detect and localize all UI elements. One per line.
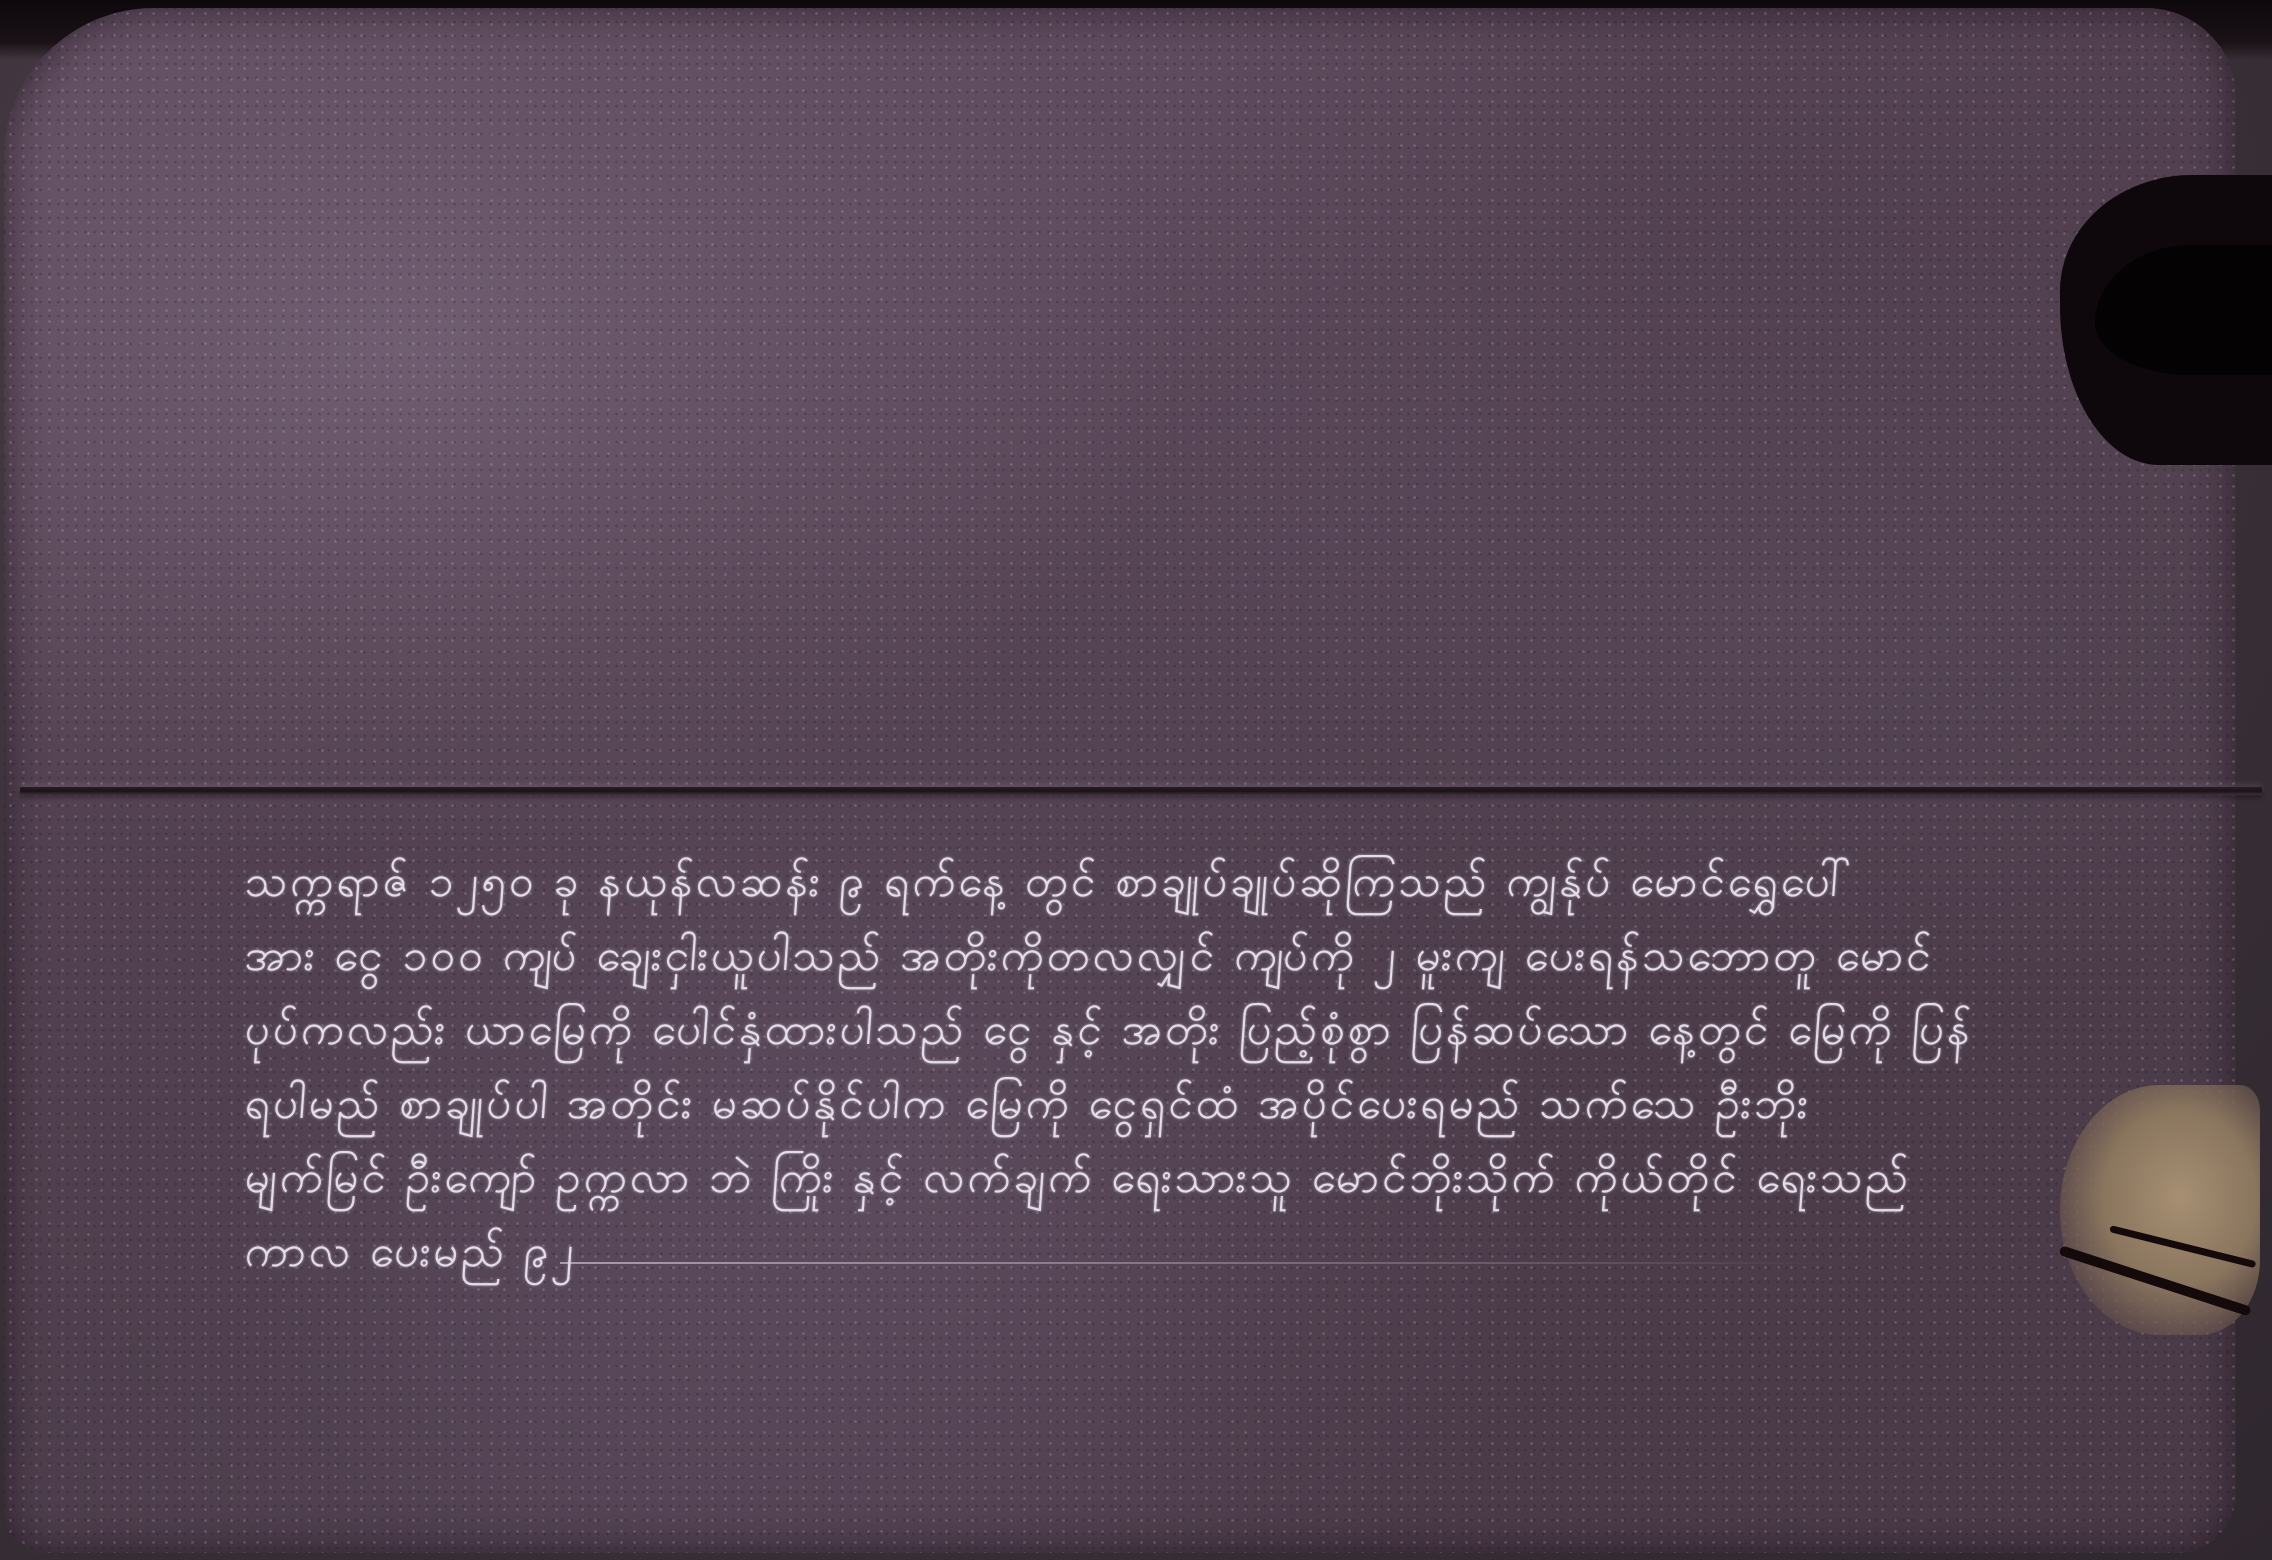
fold-crease [20,787,2262,795]
surface-texture [4,8,2236,1553]
script-line-6: ကာလ ပေးမည် ၉၂ [242,1215,2147,1289]
script-line-2: အား ငွေ ၁၀၀ ကျပ် ချေးငှါးယူပါသည် အတိုးကိ… [242,919,2147,993]
script-line-3: ပုပ်ကလည်း ယာမြေကို ပေါင်နှံထားပါသည် ငွေ … [242,993,2147,1067]
parabaik-slate [4,8,2236,1553]
script-line-4: ရပါမည် စာချုပ်ပါ အတိုင်း မဆပ်နိုင်ပါက မြ… [242,1067,2147,1141]
script-line-5: မျက်မြင် ဦးကျော် ဥက္ကလာ ဘဲ ကြိုး နှင့် လ… [242,1141,2147,1215]
signature-underline [560,1262,1840,1264]
inscription-text: သက္ကရာဇ် ၁၂၅၀ ခု နယုန်လဆန်း ၉ ရက်နေ့ တွင… [245,845,2145,1289]
script-line-1: သက္ကရာဇ် ၁၂၅၀ ခု နယုန်လဆန်း ၉ ရက်နေ့ တွင… [242,845,2147,919]
